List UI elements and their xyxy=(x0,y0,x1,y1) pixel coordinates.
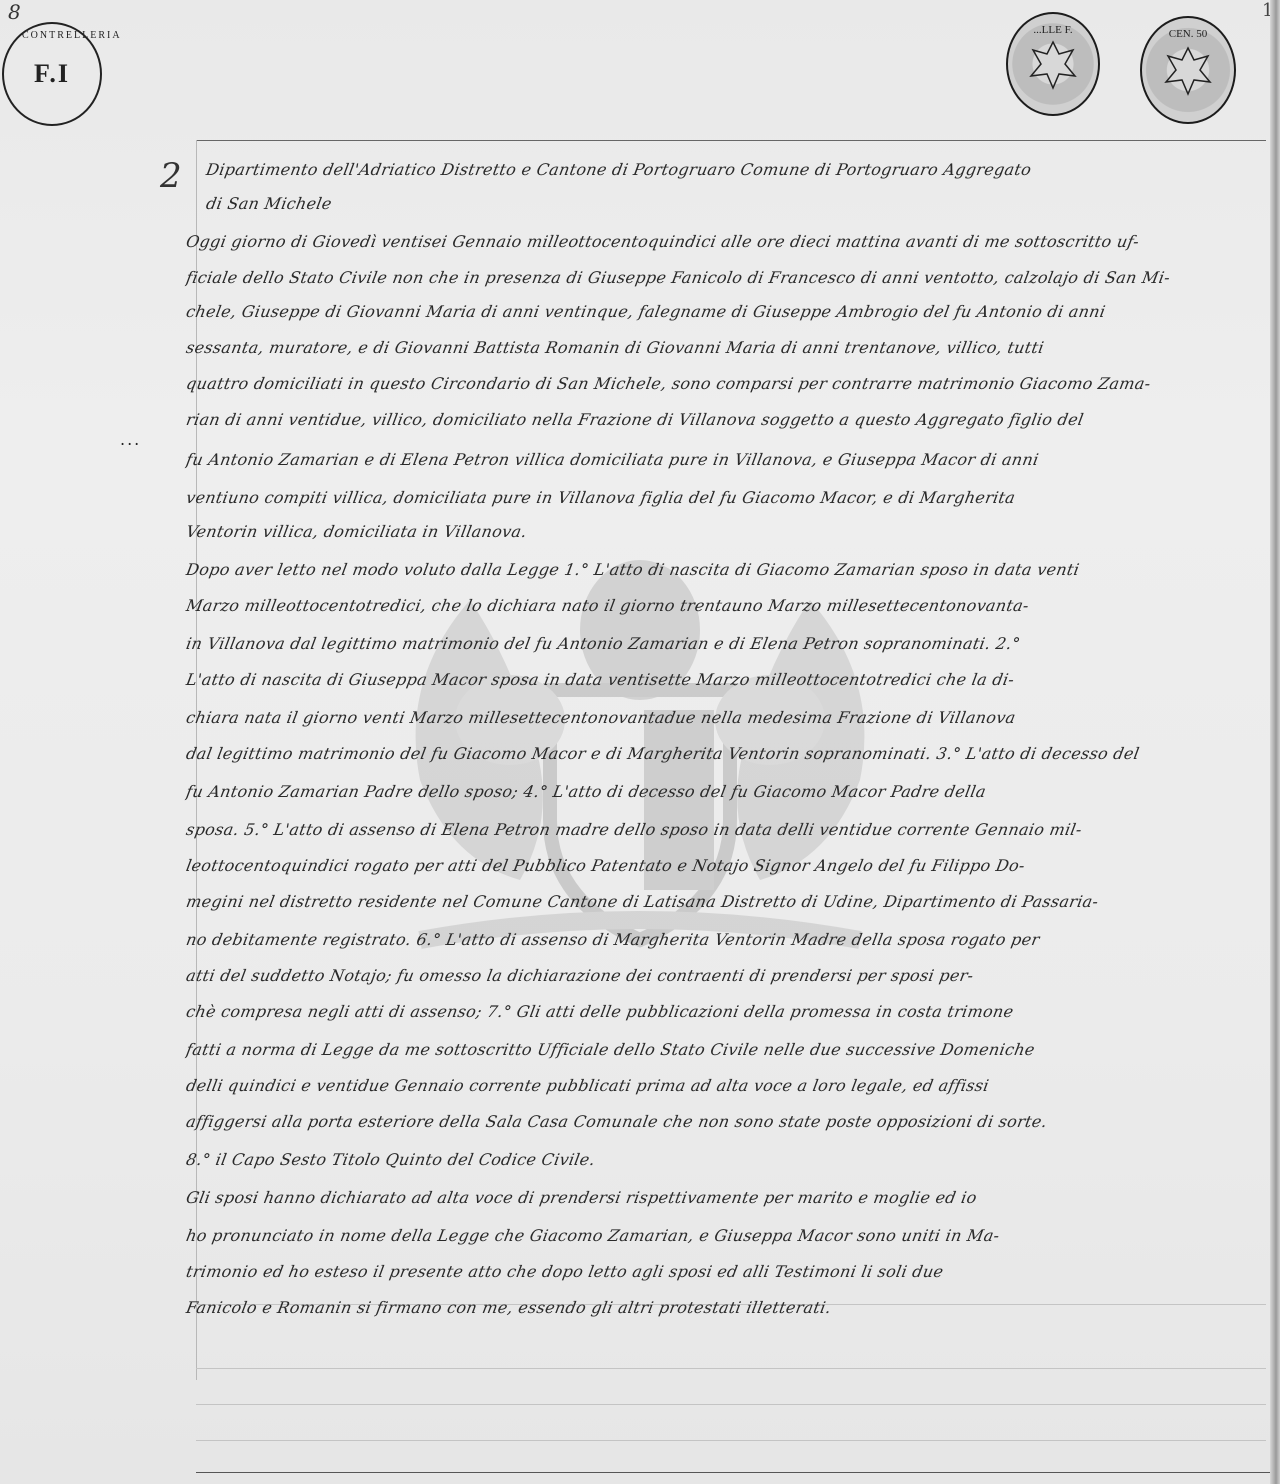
eagle-emblem-icon xyxy=(1158,40,1218,100)
stamp-ring-text: CEN. 50 xyxy=(1169,28,1208,40)
ruled-line xyxy=(196,1404,1266,1405)
controlleria-stamp-icon: F.I CONTRELLERIA xyxy=(2,22,102,126)
text-line: chele, Giuseppe di Giovanni Maria di ann… xyxy=(182,302,1278,336)
text-line: di San Michele xyxy=(202,194,1280,228)
text-line: fatti a norma di Legge da me sottoscritt… xyxy=(182,1040,1278,1074)
stamp-center-text: F.I xyxy=(34,59,70,89)
text-line: ficiale dello Stato Civile non che in pr… xyxy=(182,268,1278,302)
text-line: Oggi giorno di Giovedì ventisei Gennaio … xyxy=(182,232,1278,266)
text-line: fu Antonio Zamarian e di Elena Petron vi… xyxy=(182,450,1278,484)
text-line: delli quindici e ventidue Gennaio corren… xyxy=(182,1076,1278,1110)
text-line: L'atto di nascita di Giuseppa Macor spos… xyxy=(182,670,1278,704)
text-line: chiara nata il giorno venti Marzo milles… xyxy=(182,708,1278,742)
text-line: atti del suddetto Notajo; fu omesso la d… xyxy=(182,966,1278,1000)
document-page: 8 1 F.I CONTRELLERIA ...LLE F. CEN. 50 2… xyxy=(0,0,1280,1484)
text-line: affiggersi alla porta esteriore della Sa… xyxy=(182,1112,1278,1146)
tax-stamp-icon: CEN. 50 xyxy=(1140,16,1236,124)
text-line: Dipartimento dell'Adriatico Distretto e … xyxy=(202,160,1280,194)
text-line: sessanta, muratore, e di Giovanni Battis… xyxy=(182,338,1278,372)
top-rule-divider xyxy=(196,140,1266,141)
text-line: Dopo aver letto nel modo voluto dalla Le… xyxy=(182,560,1278,594)
text-line: Marzo milleottocentotredici, che lo dich… xyxy=(182,596,1278,630)
eagle-emblem-icon xyxy=(1023,34,1083,94)
text-line: ho pronunciato in nome della Legge che G… xyxy=(182,1226,1278,1260)
text-line: quattro domiciliati in questo Circondari… xyxy=(182,374,1278,408)
margin-dots: ... xyxy=(120,430,141,449)
text-line: dal legittimo matrimonio del fu Giacomo … xyxy=(182,744,1278,778)
text-line: megini nel distretto residente nel Comun… xyxy=(182,892,1278,926)
text-line: trimonio ed ho esteso il presente atto c… xyxy=(182,1262,1278,1296)
ruled-line xyxy=(196,1440,1266,1441)
tax-stamp-icon: ...LLE F. xyxy=(1006,12,1100,116)
text-line: in Villanova dal legittimo matrimonio de… xyxy=(182,634,1278,668)
text-line: Fanicolo e Romanin si firmano con me, es… xyxy=(182,1298,1278,1332)
text-line: fu Antonio Zamarian Padre dello sposo; 4… xyxy=(182,782,1278,816)
page-edge xyxy=(1270,0,1280,1484)
bottom-rule-divider xyxy=(196,1472,1276,1473)
ruled-line xyxy=(196,1368,1266,1369)
text-line: sposa. 5.° L'atto di assenso di Elena Pe… xyxy=(182,820,1278,854)
text-line: Ventorin villica, domiciliata in Villano… xyxy=(182,522,1278,556)
stamp-ring-text: ...LLE F. xyxy=(1033,24,1072,36)
text-line: rian di anni ventidue, villico, domicili… xyxy=(182,410,1278,444)
text-line: Gli sposi hanno dichiarato ad alta voce … xyxy=(182,1188,1278,1222)
text-line: no debitamente registrato. 6.° L'atto di… xyxy=(182,930,1278,964)
page-corner-number: 8 xyxy=(8,0,21,24)
stamp-ring-text: CONTRELLERIA xyxy=(22,30,122,41)
entry-number: 2 xyxy=(160,156,182,196)
text-line: 8.° il Capo Sesto Titolo Quinto del Codi… xyxy=(182,1150,1278,1184)
text-line: leottocentoquindici rogato per atti del … xyxy=(182,856,1278,890)
text-line: chè compresa negli atti di assenso; 7.° … xyxy=(182,1002,1278,1036)
text-line: ventiuno compiti villica, domiciliata pu… xyxy=(182,488,1278,522)
